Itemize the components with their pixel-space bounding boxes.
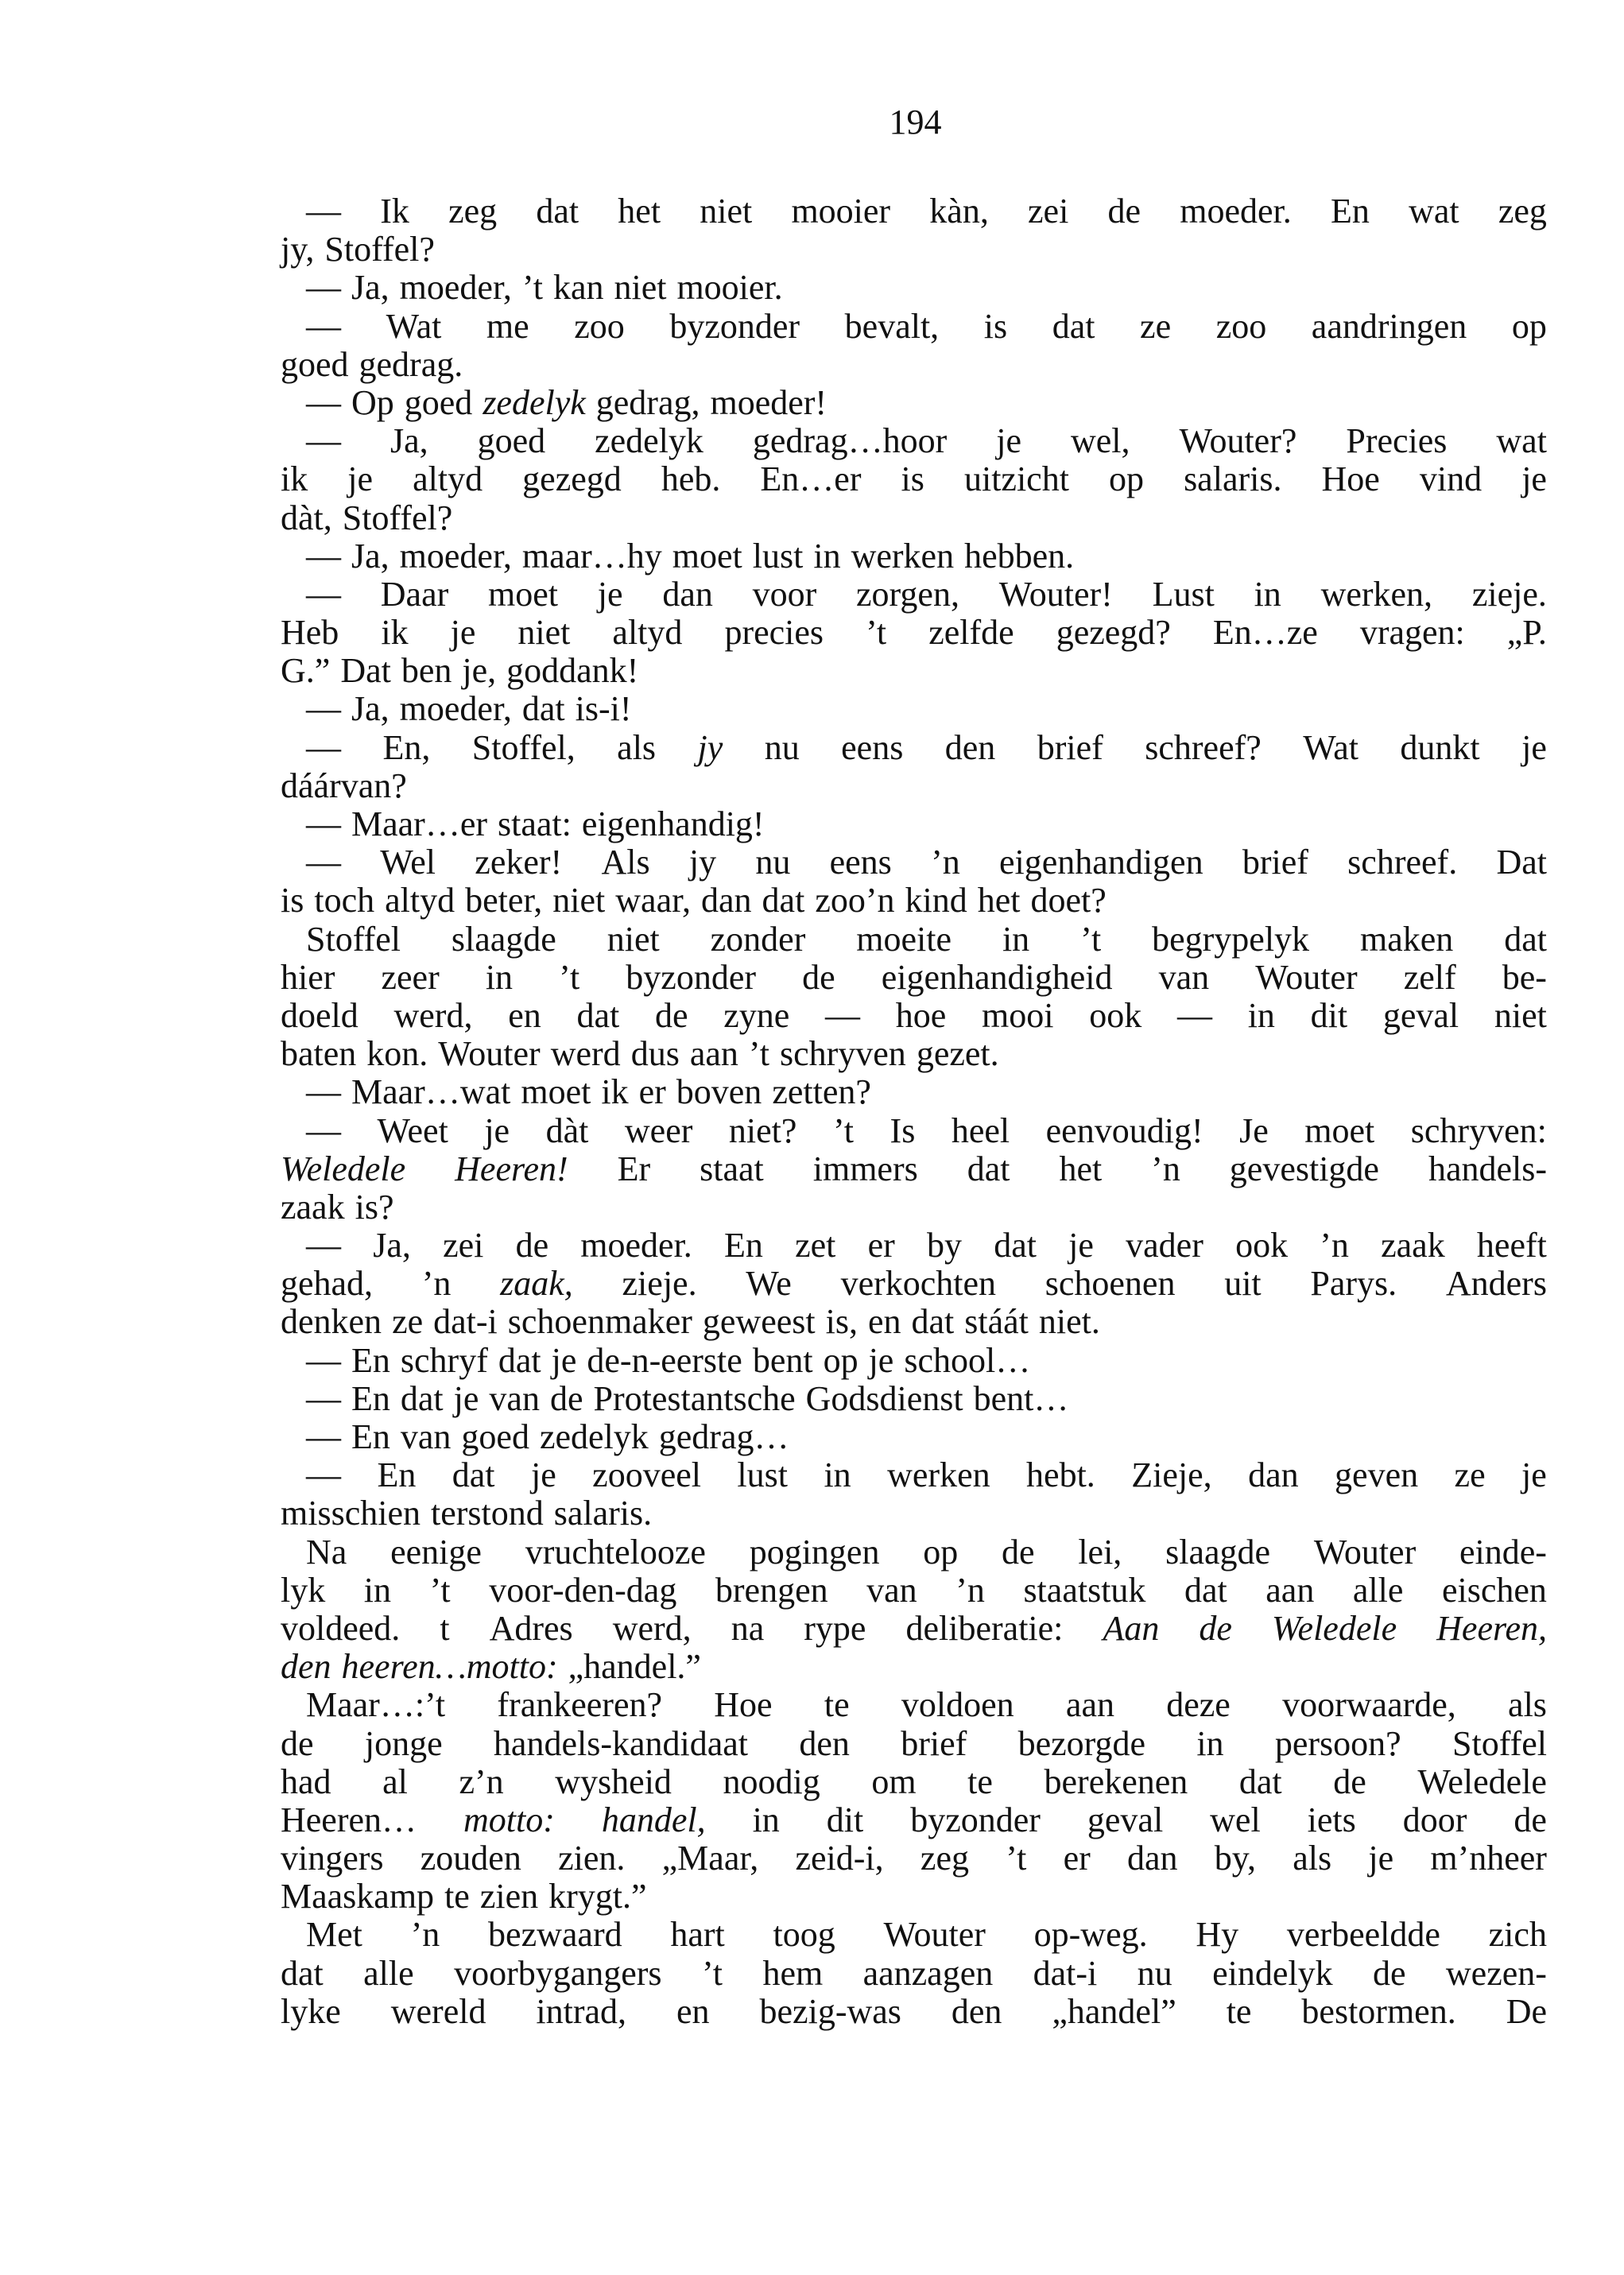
word: lei, [1078, 1533, 1122, 1572]
word: brengen [715, 1572, 828, 1610]
word: — [306, 537, 341, 576]
word: zelf [1404, 959, 1456, 997]
word: Stoffel? [343, 499, 453, 537]
word: werken, [1321, 576, 1433, 614]
word: van [489, 1380, 540, 1418]
word: als [1508, 1686, 1547, 1724]
word: je [451, 614, 476, 652]
word: had [281, 1763, 331, 1801]
word: ben [401, 652, 452, 690]
word: mooier [791, 192, 890, 231]
word: dat [967, 1150, 1010, 1188]
word: ik [601, 1073, 628, 1111]
word: Als [601, 843, 649, 882]
word: je [552, 1342, 577, 1380]
word: — [306, 1456, 341, 1494]
word: schreef. [1347, 843, 1457, 882]
word: ook [1089, 997, 1141, 1035]
word: bent… [974, 1380, 1069, 1418]
word: ’n [955, 1572, 985, 1610]
word: eens [841, 729, 903, 767]
word: je [598, 576, 623, 614]
word: kàn, [929, 192, 989, 231]
word: te [967, 1763, 993, 1801]
word: dit [827, 1801, 863, 1839]
word: zeg [921, 1839, 969, 1878]
text-line: ikjealtydgezegdheb.En…erisuitzichtopsala… [281, 460, 1547, 498]
word: En [377, 1456, 416, 1494]
text-line: —Envangoedzedelykgedrag… [281, 1418, 1547, 1456]
word: altyd [413, 460, 483, 498]
word: heb. [661, 460, 721, 498]
word: Wouter [438, 1035, 540, 1073]
word: de [1002, 1533, 1035, 1572]
text-line: —Maar…watmoetikerbovenzetten? [281, 1073, 1547, 1111]
word: goed [478, 422, 546, 460]
word: zien [480, 1878, 538, 1916]
word: de-n-eerste [587, 1342, 742, 1380]
word: zoo’n [815, 882, 894, 920]
word: waar, [615, 882, 691, 920]
word: moet [521, 1073, 591, 1111]
word: — [306, 1380, 341, 1418]
word: zaak [1381, 1227, 1445, 1265]
text-line: —Daarmoetjedanvoorzorgen,Wouter!Lustinwe… [281, 576, 1547, 614]
word: Weet [378, 1112, 448, 1150]
text-line: zaakis? [281, 1188, 1547, 1227]
word: goddank! [506, 652, 638, 690]
text-line: Hebikjenietaltydprecies’tzelfdegezegd?En… [281, 614, 1547, 652]
word: je [1068, 1227, 1094, 1265]
word: in [753, 1801, 780, 1839]
word: bent [753, 1342, 813, 1380]
word: be- [1502, 959, 1547, 997]
word: eindelyk [1212, 1955, 1333, 1993]
word: zedelyk [540, 1418, 649, 1456]
word: gezet. [917, 1035, 999, 1073]
word: dan [662, 576, 713, 614]
word: er [1064, 1839, 1091, 1878]
word: Wat [1303, 729, 1359, 767]
word: school… [904, 1342, 1030, 1380]
word: ’t [866, 614, 886, 652]
word: doet? [1031, 882, 1107, 920]
word: het [1059, 1150, 1102, 1188]
word: uitzicht [964, 460, 1069, 498]
word: zaak [281, 1188, 345, 1227]
word: by [927, 1227, 962, 1265]
word: ik [281, 460, 308, 498]
word: Anders [1446, 1265, 1547, 1303]
word: jy, [281, 231, 314, 269]
word: in [486, 959, 513, 997]
word: boven [676, 1073, 762, 1111]
word: aanzagen [863, 1955, 994, 1993]
word: Er [618, 1150, 651, 1188]
text-line: —Endatjezooveellustinwerkenhebt.Zieje,da… [281, 1456, 1547, 1494]
word: voor-den-dag [489, 1572, 676, 1610]
word: moeder. [580, 1227, 692, 1265]
word: hier [281, 959, 335, 997]
word: en [868, 1303, 901, 1341]
text-line: —Ja,moeder,’tkannietmooier. [281, 269, 1547, 307]
word: Wouter? [1179, 422, 1296, 460]
word: altyd [612, 614, 682, 652]
word: En [351, 1342, 390, 1380]
word: op [1512, 308, 1547, 346]
text-line: misschienterstondsalaris. [281, 1494, 1547, 1533]
word: altyd [385, 882, 455, 920]
text-line: WeledeleHeeren!Erstaatimmersdathet’ngeve… [281, 1150, 1547, 1188]
word: zaak, [500, 1265, 573, 1303]
word: niet [700, 192, 752, 231]
word: moeder, [400, 269, 512, 307]
body-text: —Ikzegdathetnietmooierkàn,zeidemoeder.En… [281, 192, 1547, 2031]
word: wezen- [1446, 1955, 1547, 1993]
word: dat [1504, 920, 1547, 959]
word: — [306, 576, 341, 614]
word: hebben. [964, 537, 1074, 576]
word: geval [1087, 1801, 1163, 1839]
word: zeker! [475, 843, 562, 882]
word: het [978, 882, 1021, 920]
word: brief [1242, 843, 1308, 882]
word: berekenen [1045, 1763, 1188, 1801]
word: ze [392, 1303, 423, 1341]
word: den [945, 729, 996, 767]
word: zeid-i, [796, 1839, 884, 1878]
word: verkochten [841, 1265, 996, 1303]
word: je [996, 422, 1021, 460]
word: En [1331, 192, 1370, 231]
text-line: denheeren…motto:„handel.” [281, 1648, 1547, 1686]
word: heel [952, 1112, 1010, 1150]
text-line: —Enschryfdatjede-n-eerstebentopjeschool… [281, 1342, 1547, 1380]
text-line: —Ja,moeder,maar…hymoetlustinwerkenhebben… [281, 537, 1547, 576]
word: toog [773, 1916, 835, 1954]
word: Stoffel [306, 920, 401, 959]
word: weer [625, 1112, 693, 1150]
text-line: goedgedrag. [281, 346, 1547, 384]
word: ze [1140, 308, 1171, 346]
text-line: istochaltydbeter,nietwaar,dandatzoo’nkin… [281, 882, 1547, 920]
word: bezwaard [488, 1916, 622, 1954]
word: kon. [366, 1035, 428, 1073]
word: kind [905, 882, 967, 920]
word: je [454, 1380, 479, 1418]
word: niet [517, 614, 570, 652]
word: byzonder [669, 308, 800, 346]
word: zelfde [928, 614, 1014, 652]
word: — [306, 690, 341, 728]
word: je [1521, 729, 1547, 767]
word: zouden [421, 1839, 521, 1878]
text-line: lykewereldintrad,enbezig-wasden„handel”t… [281, 1993, 1547, 2031]
word: „Maar, [662, 1839, 759, 1878]
word: bezorgde [1018, 1725, 1145, 1763]
word: is, [826, 1303, 858, 1341]
word: doeld [281, 997, 359, 1035]
word: immers [813, 1150, 918, 1188]
word: Ja, [351, 690, 390, 728]
text-line: —Welzeker!Alsjynueens’neigenhandigenbrie… [281, 843, 1547, 882]
word: nu [1138, 1955, 1172, 1993]
text-line: dáárvan? [281, 767, 1547, 805]
word: is [281, 882, 304, 920]
word: Met [306, 1916, 362, 1954]
word: jy [689, 843, 716, 882]
text-line: —Watmezoobyzonderbevalt,isdatzezooaandri… [281, 308, 1547, 346]
word: geval [1383, 997, 1459, 1035]
word: schryven: [1411, 1112, 1547, 1150]
word: Wouter [1255, 959, 1357, 997]
word: ’n [422, 1265, 452, 1303]
word: lust [737, 1456, 788, 1494]
word: te [1227, 1993, 1252, 2031]
word: zoo [574, 308, 625, 346]
word: nu [765, 729, 800, 767]
text-line: Met’nbezwaardharttoogWouterop-weg.Hyverb… [281, 1916, 1547, 1954]
word: je, [462, 652, 496, 690]
word: ’n [411, 1916, 440, 1954]
word: eigenhandig! [582, 805, 765, 843]
word: op [923, 1533, 958, 1572]
text-line: gehad,’nzaak,zieje.Weverkochtenschoenenu… [281, 1265, 1547, 1303]
word: zedelyk [595, 422, 703, 460]
word: hem [762, 1955, 823, 1993]
word: aandringen [1312, 308, 1467, 346]
word: — [306, 1227, 341, 1265]
word: frankeeren? [497, 1686, 662, 1724]
text-line: lykin’tvoor-den-dagbrengenvan’nstaatstuk… [281, 1572, 1547, 1610]
word: dan [1127, 1839, 1178, 1878]
word: De [1506, 1993, 1547, 2031]
word: werd, [613, 1610, 692, 1648]
word: Wouter! [999, 576, 1113, 614]
word: je [531, 1456, 556, 1494]
word: je [484, 1112, 510, 1150]
word: vader [1126, 1227, 1203, 1265]
word: geven [1335, 1456, 1418, 1494]
word: Hy [1196, 1916, 1238, 1954]
word: voor [753, 576, 817, 614]
word: de [516, 1227, 549, 1265]
word: wat [1496, 422, 1547, 460]
word: dat [452, 1456, 495, 1494]
word: ook [1235, 1227, 1288, 1265]
word: dat-i [433, 1303, 498, 1341]
word: En [724, 1227, 763, 1265]
word: aan [1265, 1572, 1314, 1610]
word: dan [701, 882, 752, 920]
word: — [306, 1342, 341, 1380]
word: om [871, 1763, 916, 1801]
word: En…er [760, 460, 861, 498]
word: voorwaarde, [1282, 1686, 1456, 1724]
word: Precies [1346, 422, 1447, 460]
word: moeder. [1180, 192, 1292, 231]
word: persoon? [1275, 1725, 1401, 1763]
word: — [306, 192, 341, 231]
word: dat-i [1033, 1955, 1098, 1993]
word: Stoffel [1452, 1725, 1547, 1763]
word: de [802, 959, 835, 997]
text-line: hadalz’nwysheidnoodigomteberekenendatdeW… [281, 1763, 1547, 1801]
word: den [799, 1725, 850, 1763]
word: zich [1489, 1916, 1547, 1954]
word: dat [522, 690, 565, 728]
word: schreef? [1145, 729, 1262, 767]
word: begrypelyk [1152, 920, 1309, 959]
word: in [1248, 997, 1275, 1035]
text-line: denkenzedat-ischoenmakergeweestis,endats… [281, 1303, 1547, 1341]
word: zei [1028, 192, 1068, 231]
word: Wat [386, 308, 442, 346]
word: de [655, 997, 688, 1035]
word: heeft [1477, 1227, 1547, 1265]
word: beter, [465, 882, 542, 920]
word: je [869, 1342, 894, 1380]
word: Wel [380, 843, 436, 882]
word: ’t [702, 1955, 723, 1993]
word: moet [488, 576, 558, 614]
word: Weledele [1417, 1763, 1547, 1801]
word: alle [1353, 1572, 1404, 1610]
word: aan [690, 1035, 738, 1073]
word: moeder, [400, 537, 512, 576]
word: ’t [749, 1035, 769, 1073]
word: handels- [1428, 1150, 1547, 1188]
word: werken [887, 1456, 990, 1494]
text-line: vingerszoudenzien.„Maar,zeid-i,zeg’terda… [281, 1839, 1547, 1878]
word: dat [1239, 1763, 1282, 1801]
word: de [281, 1725, 314, 1763]
word: goed [405, 384, 473, 422]
word: zorgen, [856, 576, 959, 614]
word: Dat [340, 652, 391, 690]
word: dat [576, 997, 619, 1035]
word: gedrag. [359, 346, 463, 384]
word: de [1514, 1801, 1547, 1839]
word: deliberatie: [906, 1610, 1064, 1648]
word: zetten? [772, 1073, 871, 1111]
word: Zieje, [1131, 1456, 1211, 1494]
word: hart [670, 1916, 724, 1954]
word: niet [552, 882, 605, 920]
text-line: —EndatjevandeProtestantscheGodsdienstben… [281, 1380, 1547, 1418]
word: geweest [703, 1303, 816, 1341]
word: stáát [964, 1303, 1029, 1341]
text-line: —Opgoedzedelykgedrag,moeder! [281, 384, 1547, 422]
word: wereld [391, 1993, 486, 2031]
word: werd, [394, 997, 473, 1035]
text-line: G.”Datbenje,goddank! [281, 652, 1547, 690]
word: is [984, 308, 1007, 346]
word: toch [314, 882, 374, 920]
word: den [281, 1648, 331, 1686]
word: t [440, 1610, 449, 1648]
word: goed [281, 346, 349, 384]
word: byzonder [910, 1801, 1041, 1839]
word: schryven [780, 1035, 906, 1073]
word: de [1373, 1955, 1406, 1993]
text-line: Stoffelslaagdenietzondermoeitein’tbegryp… [281, 920, 1547, 959]
word: moeder, [400, 690, 512, 728]
word: ’n [931, 843, 960, 882]
word: me [486, 308, 529, 346]
word: uit [1224, 1265, 1261, 1303]
word: de [1199, 1610, 1232, 1648]
word: je [347, 460, 373, 498]
word: z’n [459, 1763, 503, 1801]
word: werd [551, 1035, 621, 1073]
text-line: dejongehandels-kandidaatdenbriefbezorgde… [281, 1725, 1547, 1763]
word: Stoffel? [324, 231, 435, 269]
word: Aan [1103, 1610, 1159, 1648]
word: eigenhandigheid [882, 959, 1113, 997]
word: te [824, 1686, 850, 1724]
word: gedrag… [659, 1418, 789, 1456]
word: in [1254, 576, 1281, 614]
word: Parys. [1310, 1265, 1397, 1303]
word: al [382, 1763, 408, 1801]
word: Adres [490, 1610, 573, 1648]
word: heeren…motto: [342, 1648, 558, 1686]
word: eenvoudig! [1046, 1112, 1203, 1150]
word: — [306, 1112, 341, 1150]
text-line: jy,Stoffel? [281, 231, 1547, 269]
word: schryf [401, 1342, 488, 1380]
word: dat [1184, 1572, 1227, 1610]
word: — [306, 805, 341, 843]
word: ’t [522, 269, 543, 307]
word: Maaskamp [281, 1878, 434, 1916]
word: Lust [1153, 576, 1215, 614]
word: zooveel [592, 1456, 701, 1494]
word: dat [1052, 308, 1095, 346]
word: mooi [982, 997, 1053, 1035]
word: salaris. [1184, 460, 1281, 498]
word: — [825, 997, 860, 1035]
word: is-i! [576, 690, 632, 728]
word: dat [281, 1955, 324, 1993]
word: op [1109, 460, 1144, 498]
word: alle [363, 1955, 414, 1993]
word: — [306, 422, 341, 460]
word: moet [1304, 1112, 1374, 1150]
text-line: —Ikzegdathetnietmooierkàn,zeidemoeder.En… [281, 192, 1547, 231]
word: intrad, [536, 1993, 626, 2031]
word: nu [755, 843, 790, 882]
word: En, [382, 729, 430, 767]
word: — [306, 843, 341, 882]
word: ’t [1006, 1839, 1026, 1878]
word: lyke [281, 1993, 341, 2031]
word: moeite [856, 920, 952, 959]
word: voldoen [901, 1686, 1014, 1724]
word: Maar…:’t [306, 1686, 445, 1724]
word: staatstuk [1023, 1572, 1145, 1610]
word: de [1108, 192, 1141, 231]
word: En…ze [1213, 614, 1318, 652]
word: Wouter [883, 1916, 985, 1954]
word: is? [355, 1188, 394, 1227]
word: motto: [463, 1801, 555, 1839]
word: verbeeldde [1287, 1916, 1440, 1954]
word: terstond [431, 1494, 544, 1533]
word: niet. [1039, 1303, 1100, 1341]
word: op-weg. [1034, 1916, 1148, 1954]
